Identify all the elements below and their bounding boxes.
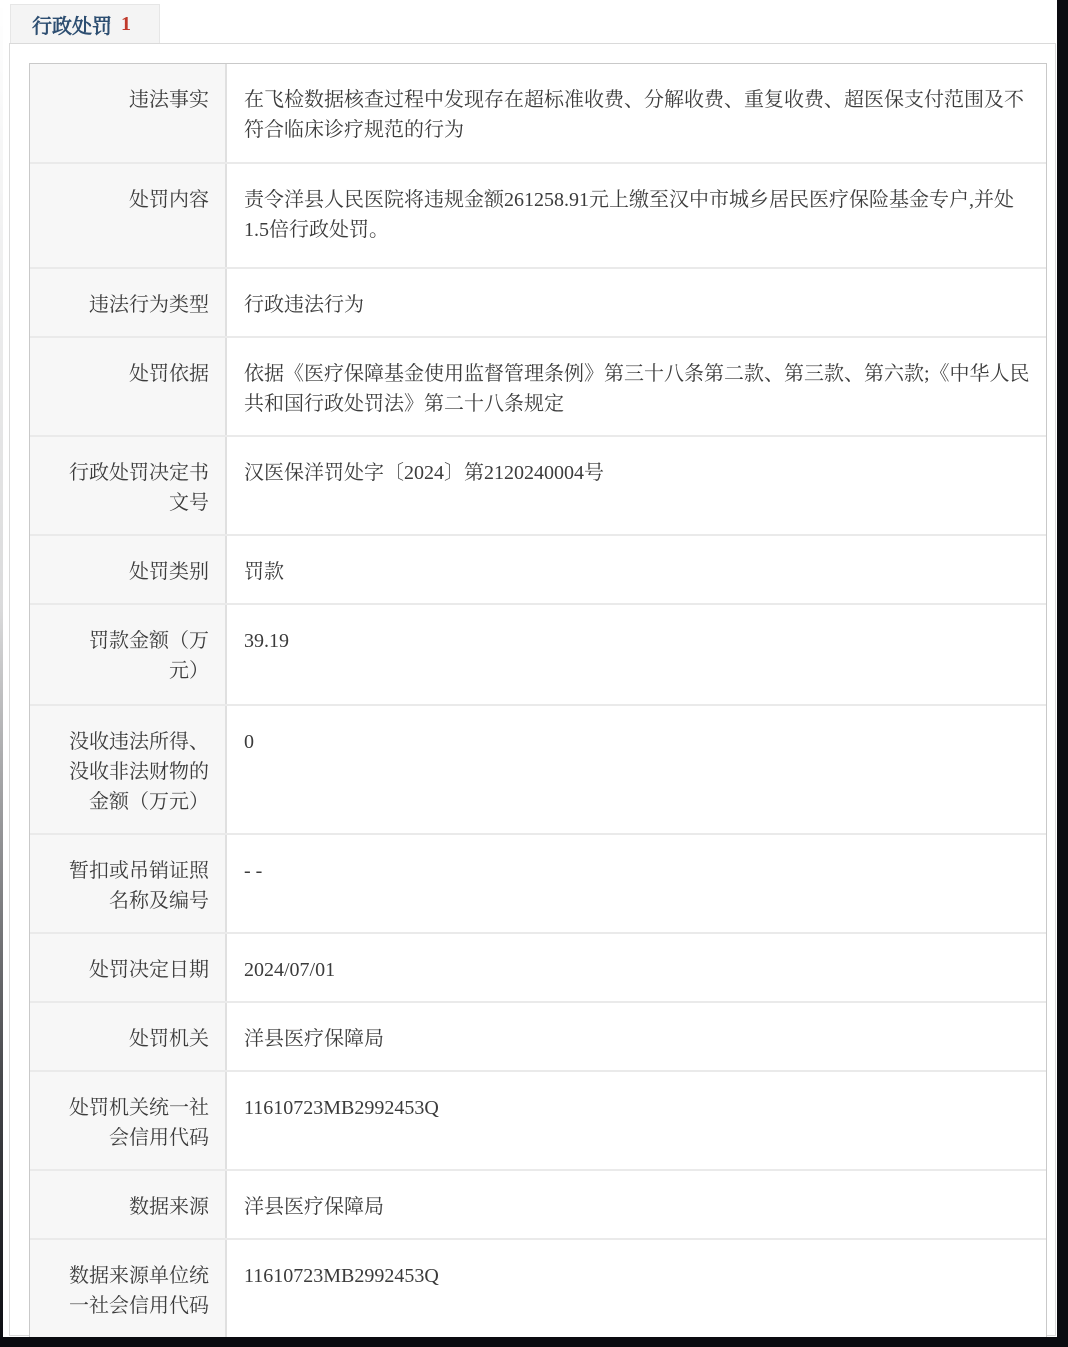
row-label: 处罚内容 <box>30 164 227 267</box>
page: 行政处罚 1 违法事实在飞检数据核查过程中发现存在超标准收费、分解收费、重复收费… <box>0 0 1068 1347</box>
table-row: 行政处罚决定书文号汉医保洋罚处字〔2024〕第2120240004号 <box>30 435 1046 534</box>
row-label: 数据来源 <box>30 1171 227 1238</box>
row-label: 暂扣或吊销证照名称及编号 <box>30 835 227 932</box>
row-value: 罚款 <box>227 536 1046 603</box>
screen-edge-right <box>1057 0 1068 1347</box>
row-value: 依据《医疗保障基金使用监督管理条例》第三十八条第二款、第三款、第六款;《中华人民… <box>227 338 1046 435</box>
row-label: 罚款金额（万元） <box>30 605 227 704</box>
table-row: 处罚类别罚款 <box>30 534 1046 603</box>
row-value: 0 <box>227 706 1046 833</box>
tab-label: 行政处罚 <box>32 10 112 39</box>
row-label: 处罚机关 <box>30 1003 227 1070</box>
tab-administrative-penalty[interactable]: 行政处罚 1 <box>10 4 160 43</box>
table-row: 暂扣或吊销证照名称及编号- - <box>30 833 1046 932</box>
table-row: 处罚机关洋县医疗保障局 <box>30 1001 1046 1070</box>
table-row: 处罚决定日期2024/07/01 <box>30 932 1046 1001</box>
row-value: - - <box>227 835 1046 932</box>
row-label: 处罚依据 <box>30 338 227 435</box>
row-value: 洋县医疗保障局 <box>227 1171 1046 1238</box>
penalty-panel: 违法事实在飞检数据核查过程中发现存在超标准收费、分解收费、重复收费、超医保支付范… <box>9 43 1056 1336</box>
table-row: 处罚内容责令洋县人民医院将违规金额261258.91元上缴至汉中市城乡居民医疗保… <box>30 162 1046 267</box>
table-row: 数据来源洋县医疗保障局 <box>30 1169 1046 1238</box>
row-value: 汉医保洋罚处字〔2024〕第2120240004号 <box>227 437 1046 534</box>
row-label: 违法行为类型 <box>30 269 227 336</box>
screen-edge-bottom <box>0 1337 1068 1347</box>
row-value: 39.19 <box>227 605 1046 704</box>
row-label: 处罚机关统一社会信用代码 <box>30 1072 227 1169</box>
tab-count-badge: 1 <box>121 13 131 36</box>
table-row: 处罚机关统一社会信用代码11610723MB2992453Q <box>30 1070 1046 1169</box>
table-row: 数据来源单位统一社会信用代码11610723MB2992453Q <box>30 1238 1046 1345</box>
row-label: 没收违法所得、没收非法财物的金额（万元） <box>30 706 227 833</box>
row-label: 违法事实 <box>30 64 227 162</box>
row-value: 责令洋县人民医院将违规金额261258.91元上缴至汉中市城乡居民医疗保险基金专… <box>227 164 1046 267</box>
table-row: 罚款金额（万元）39.19 <box>30 603 1046 704</box>
row-label: 行政处罚决定书文号 <box>30 437 227 534</box>
row-label: 处罚决定日期 <box>30 934 227 1001</box>
table-row: 处罚依据依据《医疗保障基金使用监督管理条例》第三十八条第二款、第三款、第六款;《… <box>30 336 1046 435</box>
row-value: 在飞检数据核查过程中发现存在超标准收费、分解收费、重复收费、超医保支付范围及不符… <box>227 64 1046 162</box>
table-row: 没收违法所得、没收非法财物的金额（万元）0 <box>30 704 1046 833</box>
table-row: 违法行为类型行政违法行为 <box>30 267 1046 336</box>
row-value: 2024/07/01 <box>227 934 1046 1001</box>
row-label: 数据来源单位统一社会信用代码 <box>30 1240 227 1345</box>
penalty-table: 违法事实在飞检数据核查过程中发现存在超标准收费、分解收费、重复收费、超医保支付范… <box>29 63 1047 1346</box>
screen-edge-left <box>0 0 3 1347</box>
row-label: 处罚类别 <box>30 536 227 603</box>
row-value: 11610723MB2992453Q <box>227 1072 1046 1169</box>
row-value: 11610723MB2992453Q <box>227 1240 1046 1345</box>
table-row: 违法事实在飞检数据核查过程中发现存在超标准收费、分解收费、重复收费、超医保支付范… <box>30 64 1046 162</box>
row-value: 行政违法行为 <box>227 269 1046 336</box>
row-value: 洋县医疗保障局 <box>227 1003 1046 1070</box>
